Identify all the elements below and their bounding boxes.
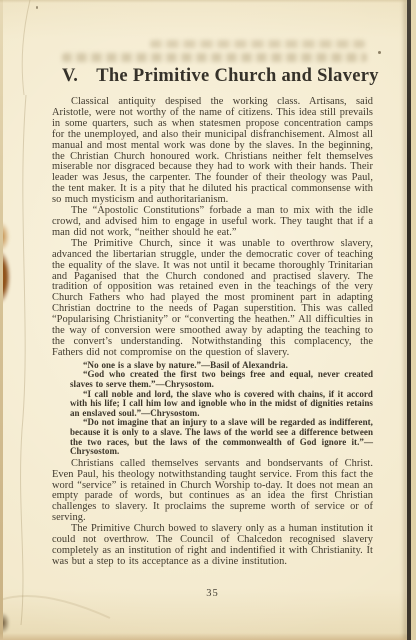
page-edge-bottom [0,633,416,640]
ink-speck [378,51,381,54]
quotation: “I call noble and lord, the slave who is… [70,390,373,419]
chapter-number: V. [62,66,78,87]
body-paragraph: The Primitive Church bowed to slavery on… [52,524,373,568]
quotation: “God who created the first two beings fr… [70,370,373,389]
chapter-heading: V. The Primitive Church and Slavery [62,66,373,87]
body-paragraph: The “Apostolic Constitutions” forbade a … [52,206,373,239]
quotation: “Do not imagine that an injury to a slav… [70,418,373,456]
page-edge-left [0,0,3,640]
book-page-scan: V. The Primitive Church and Slavery Clas… [0,0,416,640]
ink-speck [36,6,38,9]
page-edge-top [0,0,416,3]
body-paragraph: The Primitive Church, since it was unabl… [52,239,373,359]
showthrough-text-ghost [62,53,367,62]
quotation-block: “No one is a slave by nature.”—Basil of … [52,361,373,457]
showthrough-text-ghost [150,40,365,48]
page-edge-right [411,0,416,640]
text-column: V. The Primitive Church and Slavery Clas… [52,66,373,568]
body-paragraph: Classical antiquity despised the working… [52,97,373,206]
page-number: 35 [52,588,373,599]
chapter-title: The Primitive Church and Slavery [96,66,379,87]
body-paragraph: Christians called themselves servants an… [52,459,373,524]
